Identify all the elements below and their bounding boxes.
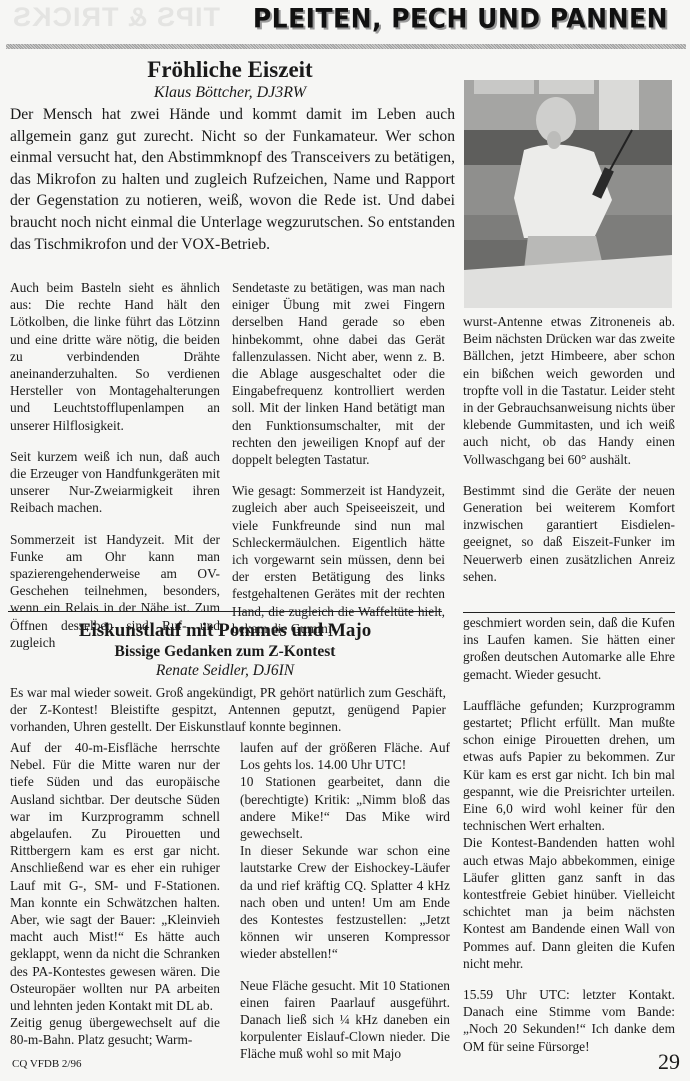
paragraph: wurst-Antenne etwas Zitroneneis ab. Beim… — [463, 313, 675, 468]
paragraph: 15.59 Uhr UTC: letzter Kontakt. Danach e… — [463, 986, 675, 1055]
paragraph: 10 Stationen gearbeitet, dann die (berec… — [240, 773, 450, 842]
paragraph: Sendetaste zu betätigen, was man nach ei… — [232, 279, 445, 468]
publication-footer: CQ VFDB 2/96 — [12, 1058, 81, 1070]
article1-title: Fröhliche Eiszeit — [0, 57, 460, 83]
paragraph: Auf der 40-m-Eisfläche herrschte Nebel. … — [10, 739, 220, 1014]
paragraph: geschmiert worden sein, daß die Kufen in… — [463, 614, 675, 683]
paragraph: Die Kontest-Bandenden hatten wohl auch e… — [463, 834, 675, 972]
article2-subtitle: Bissige Gedanken zum Z-Kontest — [0, 643, 450, 661]
article2-column-2: laufen auf der größeren Fläche. Auf Los … — [240, 739, 450, 1063]
article1-lead: Der Mensch hat zwei Hände und kommt dami… — [10, 104, 455, 255]
paragraph: Auch beim Basteln sieht es ähnlich aus: … — [10, 279, 220, 434]
header-divider — [6, 44, 686, 49]
article2-intro: Es war mal wieder soweit. Groß angekündi… — [10, 684, 446, 736]
bleed-through-ghost-text: TIPS & TRICKS — [12, 2, 220, 33]
article2-column-1: Auf der 40-m-Eisfläche herrschte Nebel. … — [10, 739, 220, 1049]
article-divider-right — [463, 612, 675, 613]
paragraph: Bestimmt sind die Geräte der neuen Gener… — [463, 482, 675, 585]
article1-photo — [464, 80, 672, 308]
article1-author: Klaus Böttcher, DJ3RW — [0, 84, 460, 102]
paragraph: Neue Fläche gesucht. Mit 10 Stationen ei… — [240, 977, 450, 1063]
article2-title: Eiskunstlauf mit Pommes und Majo — [0, 620, 450, 642]
article2-author: Renate Seidler, DJ6IN — [0, 662, 450, 680]
photo-illustration — [464, 80, 672, 308]
article2-column-3: geschmiert worden sein, daß die Kufen in… — [463, 614, 675, 1055]
paragraph: laufen auf der größeren Fläche. Auf Los … — [240, 739, 450, 773]
page-number: 29 — [658, 1049, 680, 1075]
paragraph: Lauffläche gefunden; Kurzprogramm gestar… — [463, 697, 675, 835]
paragraph: Seit kurzem weiß ich nun, daß auch die E… — [10, 448, 220, 517]
article1-column-2: Sendetaste zu betätigen, was man nach ei… — [232, 279, 445, 637]
paragraph: In dieser Sekunde war schon eine lautsta… — [240, 842, 450, 962]
paragraph: Zeitig genug übergewechselt auf die 80-m… — [10, 1014, 220, 1048]
paragraph: Wie gesagt: Sommerzeit ist Handyzeit, zu… — [232, 482, 445, 637]
article-divider-left — [8, 611, 442, 612]
article1-column-3: wurst-Antenne etwas Zitroneneis ab. Beim… — [463, 313, 675, 585]
section-title: PLEITEN, PECH UND PANNEN — [253, 3, 668, 33]
article1-column-1: Auch beim Basteln sieht es ähnlich aus: … — [10, 279, 220, 651]
